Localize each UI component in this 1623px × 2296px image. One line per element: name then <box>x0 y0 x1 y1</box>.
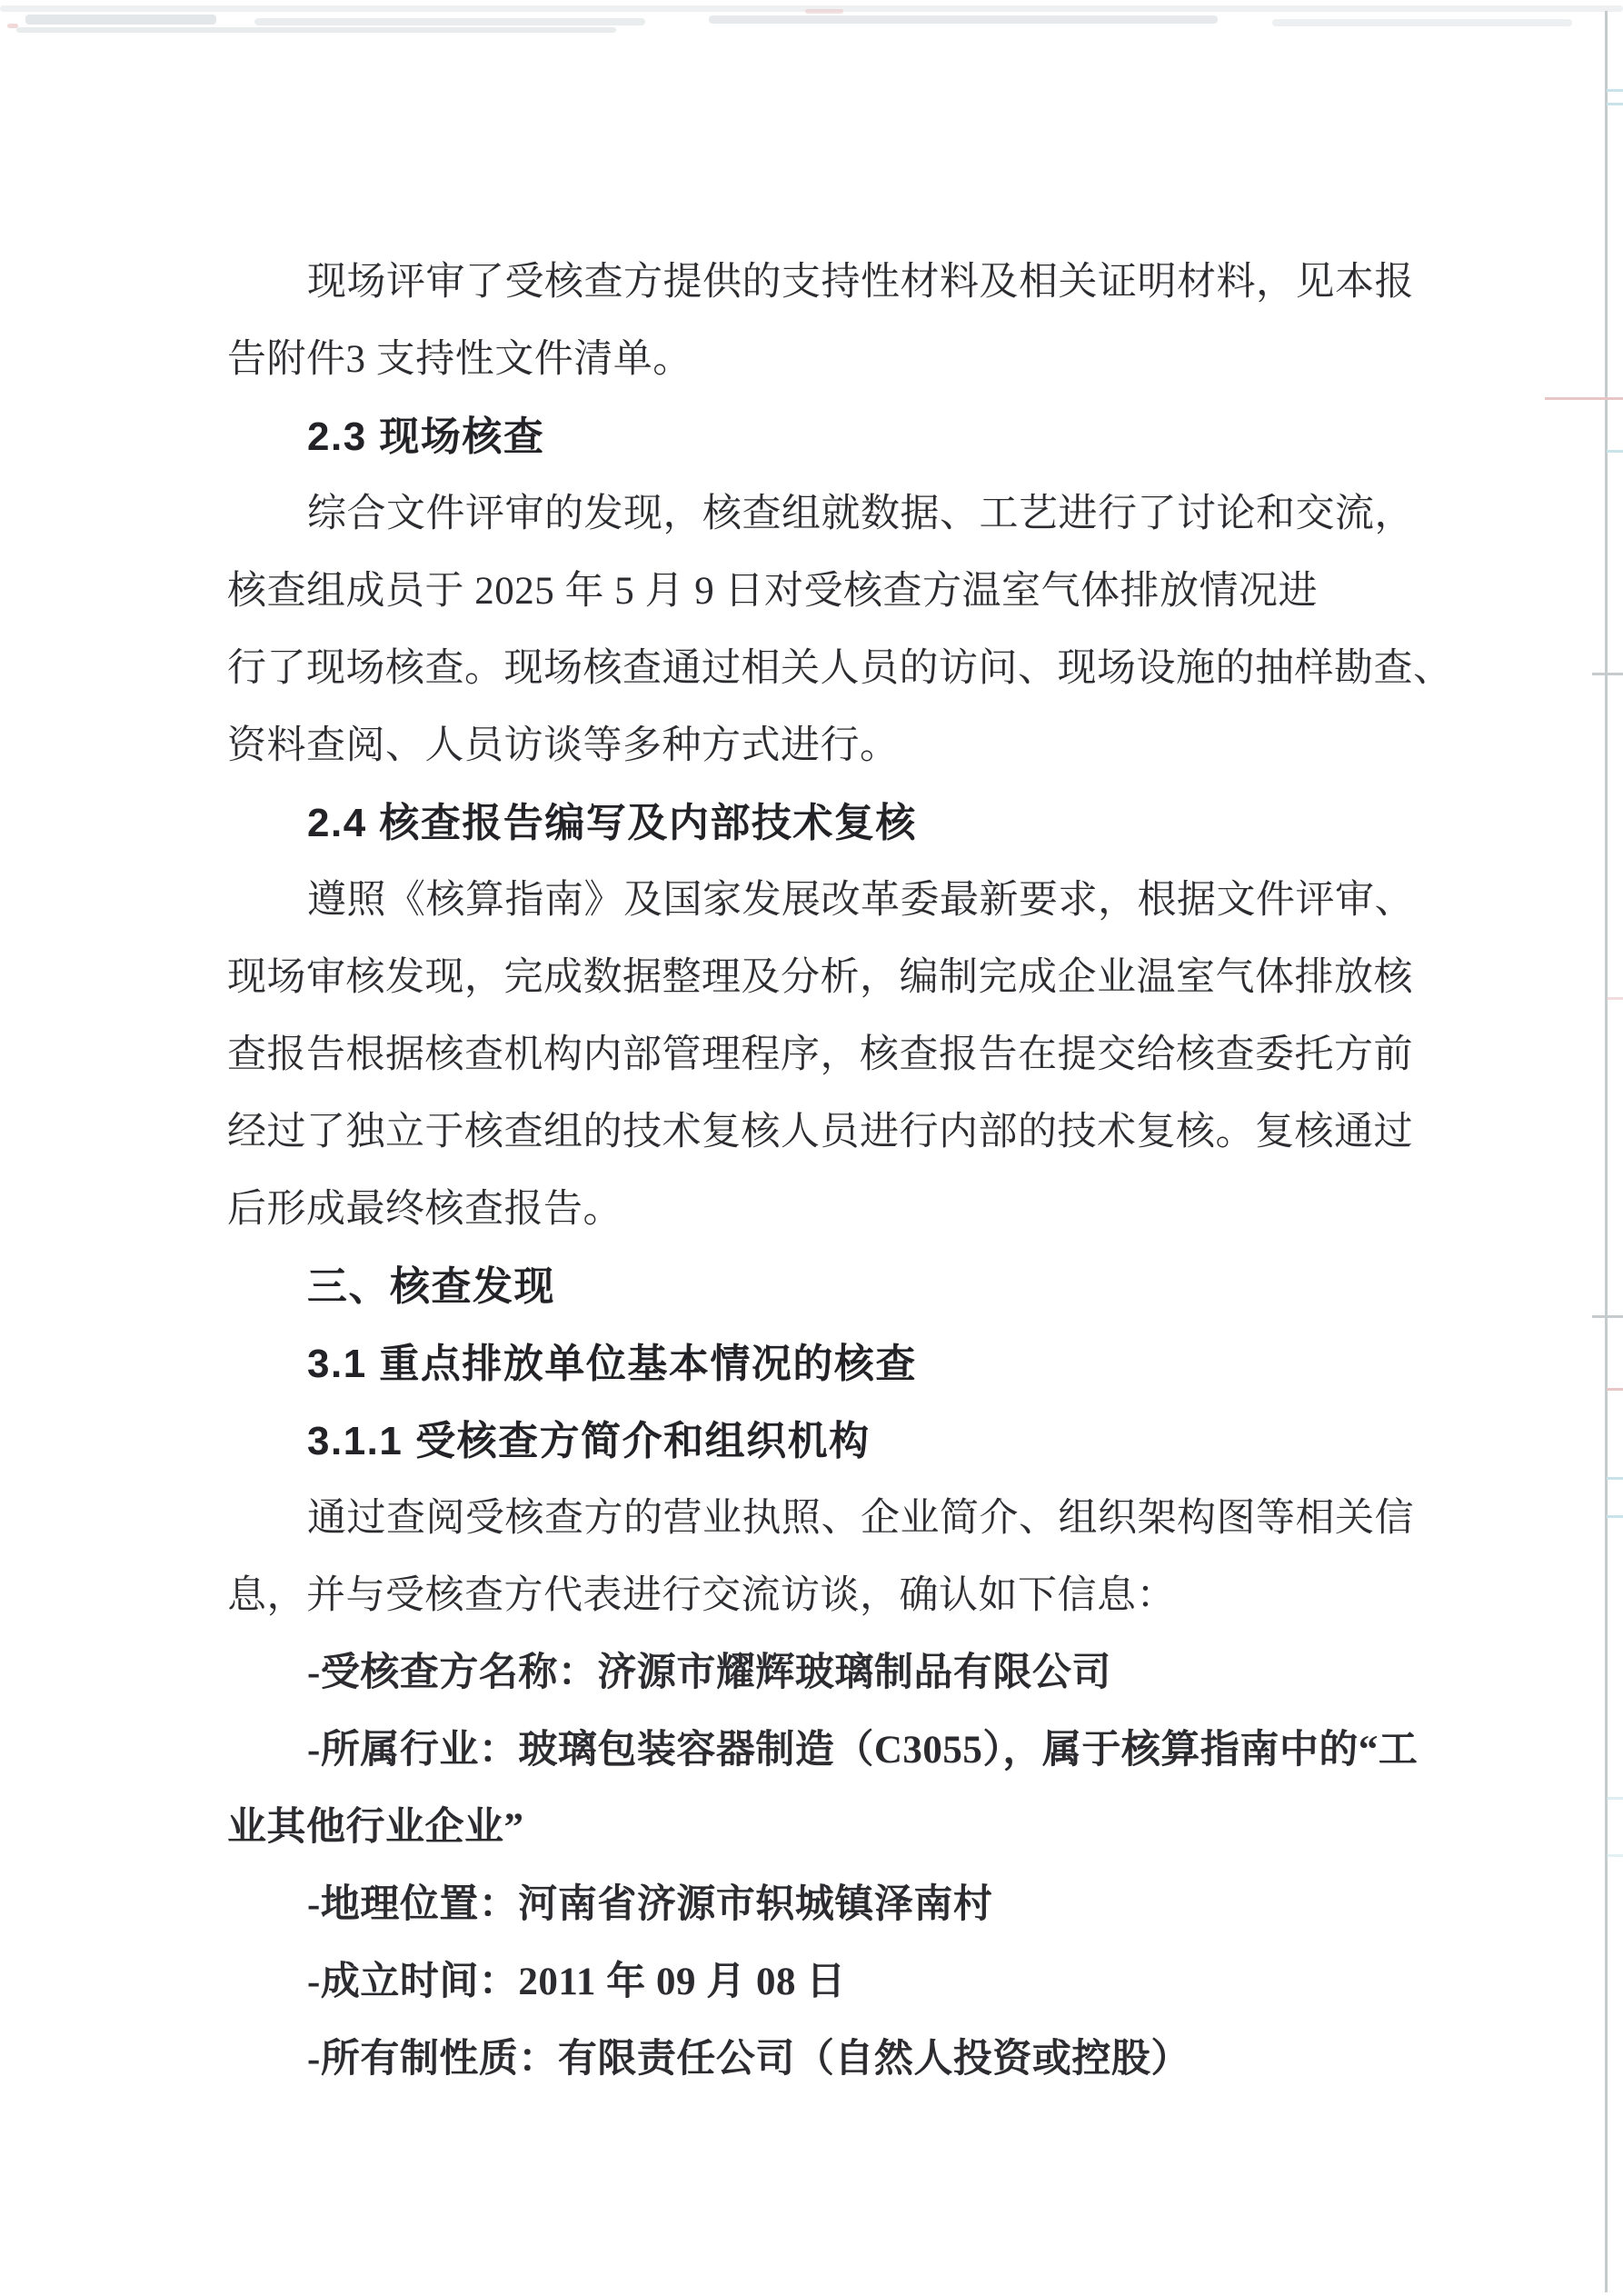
scan-streak <box>709 15 1218 24</box>
edge-tick <box>1545 397 1623 400</box>
scan-speck-red <box>805 9 843 14</box>
para-onsite-verification-line-1: 综合文件评审的发现，核查组就数据、工艺进行了讨论和交流， <box>227 475 1399 553</box>
edge-tick <box>1607 1854 1623 1857</box>
para-report-writing-line-4: 经过了独立于核查组的技术复核人员进行内部的技术复核。复核通过 <box>227 1093 1399 1171</box>
edge-tick <box>1607 1515 1623 1518</box>
edge-tick <box>1607 103 1623 105</box>
heading-2-3: 2.3 现场核查 <box>227 398 1399 475</box>
edge-tick <box>1592 1315 1623 1318</box>
para-review-materials-line-2: 告附件3 支持性文件清单。 <box>227 321 1399 398</box>
edge-tick <box>1607 1797 1623 1800</box>
edge-tick <box>1607 450 1623 453</box>
scan-streak <box>254 18 645 25</box>
scan-streak <box>1272 19 1572 26</box>
edge-tick <box>1607 1388 1623 1391</box>
para-report-writing-line-3: 查报告根据核查机构内部管理程序，核查报告在提交给核查委托方前 <box>227 1016 1399 1093</box>
edge-tick <box>1607 997 1623 1000</box>
page-edge-line <box>1605 11 1608 2292</box>
scan-streak <box>0 5 1623 12</box>
item-founded-date: -成立时间：2011 年 09 月 08 日 <box>227 1943 1399 2021</box>
heading-3: 三、核查发现 <box>227 1248 1399 1325</box>
item-industry-line-2: 业其他行业企业” <box>227 1789 1399 1866</box>
document-text-block: 现场评审了受核查方提供的支持性材料及相关证明材料，见本报 告附件3 支持性文件清… <box>227 244 1399 2098</box>
para-review-materials-line-1: 现场评审了受核查方提供的支持性材料及相关证明材料，见本报 <box>227 244 1399 321</box>
heading-3-1-1: 3.1.1 受核查方简介和组织机构 <box>227 1403 1399 1480</box>
edge-tick <box>1607 89 1623 92</box>
para-report-writing-line-5: 后形成最终核查报告。 <box>227 1171 1399 1248</box>
para-report-writing-line-2: 现场审核发现，完成数据整理及分析，编制完成企业温室气体排放核 <box>227 939 1399 1016</box>
item-ownership: -所有制性质：有限责任公司（自然人投资或控股） <box>227 2021 1399 2098</box>
edge-tick <box>1592 673 1623 675</box>
para-onsite-verification-line-2: 核查组成员于 2025 年 5 月 9 日对受核查方温室气体排放情况进 <box>227 553 1399 630</box>
heading-3-1: 3.1 重点排放单位基本情况的核查 <box>227 1325 1399 1403</box>
para-company-info-line-2: 息，并与受核查方代表进行交流访谈，确认如下信息： <box>227 1557 1399 1634</box>
para-company-info-line-1: 通过查阅受核查方的营业执照、企业简介、组织架构图等相关信 <box>227 1480 1399 1557</box>
item-company-name: -受核查方名称：济源市耀辉玻璃制品有限公司 <box>227 1634 1399 1712</box>
item-industry-line-1: -所属行业：玻璃包装容器制造（C3055），属于核算指南中的“工 <box>227 1712 1399 1789</box>
scan-streak <box>25 15 216 25</box>
scan-streak <box>16 27 616 33</box>
item-location: -地理位置：河南省济源市轵城镇泽南村 <box>227 1866 1399 1943</box>
para-onsite-verification-line-3: 行了现场核查。现场核查通过相关人员的访问、现场设施的抽样勘查、 <box>227 630 1399 707</box>
scanned-document-page: 现场评审了受核查方提供的支持性材料及相关证明材料，见本报 告附件3 支持性文件清… <box>0 0 1623 2296</box>
para-onsite-verification-line-4: 资料查阅、人员访谈等多种方式进行。 <box>227 707 1399 784</box>
edge-tick <box>1607 1477 1623 1480</box>
heading-2-4: 2.4 核查报告编写及内部技术复核 <box>227 784 1399 862</box>
scan-speck-red <box>7 24 18 28</box>
para-report-writing-line-1: 遵照《核算指南》及国家发展改革委最新要求，根据文件评审、 <box>227 862 1399 939</box>
